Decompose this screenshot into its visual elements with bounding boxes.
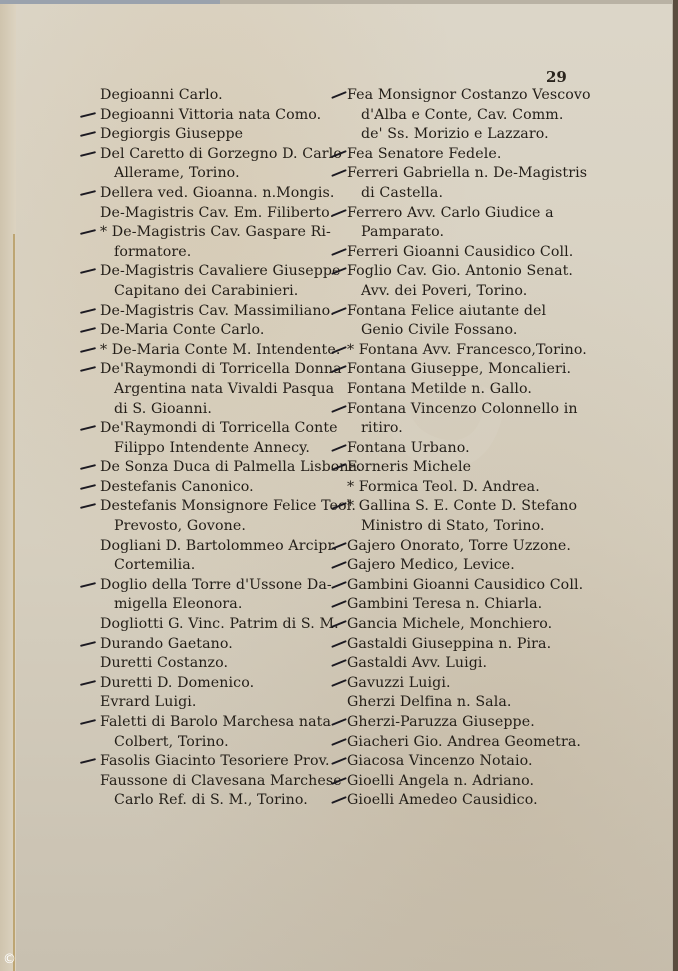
list-entry: * De-Maria Conte M. Intendente.	[100, 341, 340, 361]
entry-name: De-Maria Conte Carlo.	[100, 321, 340, 341]
list-entry: Duretti D. Domenico.	[100, 674, 340, 694]
list-entry: Fontana Giuseppe, Moncalieri.	[347, 360, 592, 380]
list-entry: * Gallina S. E. Conte D. StefanoMinistro…	[347, 497, 592, 536]
list-entry: Duretti Costanzo.	[100, 654, 340, 674]
entry-name: Fea Monsignor Costanzo Vescovo	[347, 86, 592, 106]
list-entry: Foglio Cav. Gio. Antonio Senat.Avv. dei …	[347, 262, 592, 301]
list-entry: Destefanis Monsignore Felice Teol.Prevos…	[100, 497, 340, 536]
entry-name: Gambini Teresa n. Chiarla.	[347, 595, 592, 615]
entry-name: De-Magistris Cav. Massimiliano.	[100, 302, 340, 322]
list-entry: Fontana Vincenzo Colonnello inritiro.	[347, 400, 592, 439]
list-entry: Gambini Teresa n. Chiarla.	[347, 595, 592, 615]
list-entry: De'Raymondi di Torricella DonnaArgentina…	[100, 360, 340, 419]
list-entry: Degioanni Vittoria nata Como.	[100, 106, 340, 126]
list-entry: * Formica Teol. D. Andrea.	[347, 478, 592, 498]
handwritten-tick-mark	[80, 641, 96, 647]
entry-continuation: Colbert, Torino.	[100, 733, 340, 753]
entry-continuation: d'Alba e Conte, Cav. Comm.	[347, 106, 592, 126]
handwritten-tick-mark	[80, 112, 96, 118]
entry-name: Destefanis Monsignore Felice Teol.	[100, 497, 340, 517]
list-entry: * Fontana Avv. Francesco,Torino.	[347, 341, 592, 361]
handwritten-tick-mark	[80, 504, 96, 510]
list-entry: Durando Gaetano.	[100, 635, 340, 655]
entry-continuation: Filippo Intendente Annecy.	[100, 439, 340, 459]
list-entry: Fea Monsignor Costanzo Vescovod'Alba e C…	[347, 86, 592, 145]
entry-name: Degiorgis Giuseppe	[100, 125, 340, 145]
entry-name: Doglio della Torre d'Ussone Da-	[100, 576, 340, 596]
handwritten-tick-mark	[80, 366, 96, 372]
handwritten-tick-mark	[80, 680, 96, 686]
page-number: 29	[546, 68, 567, 86]
entry-name: Foglio Cav. Gio. Antonio Senat.	[347, 262, 592, 282]
list-entry: Dellera ved. Gioanna. n.Mongis.	[100, 184, 340, 204]
list-entry: Ferreri Gioanni Causidico Coll.	[347, 243, 592, 263]
list-entry: Fontana Metilde n. Gallo.	[347, 380, 592, 400]
list-entry: Gherzi-Paruzza Giuseppe.	[347, 713, 592, 733]
entry-continuation: ritiro.	[347, 419, 592, 439]
entry-name: Gavuzzi Luigi.	[347, 674, 592, 694]
scanned-page: C 29 Degioanni Carlo.Degioanni Vittoria …	[0, 4, 672, 971]
entry-name: Dellera ved. Gioanna. n.Mongis.	[100, 184, 340, 204]
entry-name: Gioelli Amedeo Causidico.	[347, 791, 592, 811]
list-entry: Gastaldi Giuseppina n. Pira.	[347, 635, 592, 655]
entry-name: Dogliotti G. Vinc. Patrim di S. M.	[100, 615, 340, 635]
handwritten-tick-mark	[80, 758, 96, 764]
entry-continuation: Genio Civile Fossano.	[347, 321, 592, 341]
list-entry: Fea Senatore Fedele.	[347, 145, 592, 165]
entry-continuation: Cortemilia.	[100, 556, 340, 576]
page-edge-shadow	[673, 0, 678, 971]
entry-name: * De-Magistris Cav. Gaspare Ri-	[100, 223, 340, 243]
list-entry: De-Magistris Cav. Massimiliano.	[100, 302, 340, 322]
entry-name: Ferreri Gabriella n. De-Magistris	[347, 164, 592, 184]
list-entry: Gajero Onorato, Torre Uzzone.	[347, 537, 592, 557]
entry-name: Gancia Michele, Monchiero.	[347, 615, 592, 635]
list-entry: De-Magistris Cav. Em. Filiberto.	[100, 204, 340, 224]
list-entry: De-Magistris Cavaliere GiuseppeCapitano …	[100, 262, 340, 301]
entry-name: Ferreri Gioanni Causidico Coll.	[347, 243, 592, 263]
entry-name: * Gallina S. E. Conte D. Stefano	[347, 497, 592, 517]
list-entry: De Sonza Duca di Palmella Lisbona.	[100, 458, 340, 478]
entry-name: Ferrero Avv. Carlo Giudice a	[347, 204, 592, 224]
handwritten-tick-mark	[80, 425, 96, 431]
entry-name: Gioelli Angela n. Adriano.	[347, 772, 592, 792]
list-entry: Faussone di Clavesana MarcheseCarlo Ref.…	[100, 772, 340, 811]
entry-continuation: migella Eleonora.	[100, 595, 340, 615]
entry-name: Fontana Felice aiutante del	[347, 302, 592, 322]
list-entry: Fontana Urbano.	[347, 439, 592, 459]
entry-name: Gherzi-Paruzza Giuseppe.	[347, 713, 592, 733]
handwritten-tick-mark	[80, 308, 96, 314]
entry-name: Fontana Vincenzo Colonnello in	[347, 400, 592, 420]
list-entry: Ferreri Gabriella n. De-Magistrisdi Cast…	[347, 164, 592, 203]
entry-name: Gastaldi Giuseppina n. Pira.	[347, 635, 592, 655]
entry-name: De'Raymondi di Torricella Donna	[100, 360, 340, 380]
list-entry: Gherzi Delfina n. Sala.	[347, 693, 592, 713]
list-entry: De-Maria Conte Carlo.	[100, 321, 340, 341]
handwritten-tick-mark	[80, 582, 96, 588]
list-entry: Fasolis Giacinto Tesoriere Prov.	[100, 752, 340, 772]
entry-continuation: formatore.	[100, 243, 340, 263]
handwritten-tick-mark	[80, 464, 96, 470]
handwritten-tick-mark	[80, 151, 96, 157]
entry-name: Degioanni Carlo.	[100, 86, 340, 106]
list-entry: Evrard Luigi.	[100, 693, 340, 713]
entry-name: Duretti D. Domenico.	[100, 674, 340, 694]
entry-name: De Sonza Duca di Palmella Lisbona.	[100, 458, 340, 478]
list-entry: Degiorgis Giuseppe	[100, 125, 340, 145]
entry-continuation: de' Ss. Morizio e Lazzaro.	[347, 125, 592, 145]
entry-name: * Formica Teol. D. Andrea.	[347, 478, 592, 498]
handwritten-tick-mark	[80, 190, 96, 196]
list-entry: Gajero Medico, Levice.	[347, 556, 592, 576]
list-entry: Gavuzzi Luigi.	[347, 674, 592, 694]
list-entry: Forneris Michele	[347, 458, 592, 478]
entry-continuation: Carlo Ref. di S. M., Torino.	[100, 791, 340, 811]
entry-name: Durando Gaetano.	[100, 635, 340, 655]
list-entry: De'Raymondi di Torricella ConteFilippo I…	[100, 419, 340, 458]
list-entry: Fontana Felice aiutante delGenio Civile …	[347, 302, 592, 341]
handwritten-tick-mark	[80, 719, 96, 725]
list-entry: Gioelli Angela n. Adriano.	[347, 772, 592, 792]
handwritten-tick-mark	[80, 268, 96, 274]
entry-name: Evrard Luigi.	[100, 693, 340, 713]
list-entry: Giacosa Vincenzo Notaio.	[347, 752, 592, 772]
entry-name: Fontana Metilde n. Gallo.	[347, 380, 592, 400]
list-entry: Gioelli Amedeo Causidico.	[347, 791, 592, 811]
left-column-name-list: Degioanni Carlo.Degioanni Vittoria nata …	[100, 86, 340, 811]
entry-name: Gherzi Delfina n. Sala.	[347, 693, 592, 713]
entry-name: Destefanis Canonico.	[100, 478, 340, 498]
entry-continuation: Pamparato.	[347, 223, 592, 243]
list-entry: Del Caretto di Gorzegno D. CarloAllerame…	[100, 145, 340, 184]
entry-name: Gajero Medico, Levice.	[347, 556, 592, 576]
entry-name: Forneris Michele	[347, 458, 592, 478]
list-entry: Ferrero Avv. Carlo Giudice aPamparato.	[347, 204, 592, 243]
entry-name: De-Magistris Cavaliere Giuseppe	[100, 262, 340, 282]
list-entry: Doglio della Torre d'Ussone Da-migella E…	[100, 576, 340, 615]
entry-name: Degioanni Vittoria nata Como.	[100, 106, 340, 126]
handwritten-tick-mark	[80, 327, 96, 333]
list-entry: Gambini Gioanni Causidico Coll.	[347, 576, 592, 596]
entry-name: Faletti di Barolo Marchesa nata	[100, 713, 340, 733]
entry-continuation: Argentina nata Vivaldi Pasqua	[100, 380, 340, 400]
entry-name: * De-Maria Conte M. Intendente.	[100, 341, 340, 361]
entry-name: * Fontana Avv. Francesco,Torino.	[347, 341, 592, 361]
entry-name: Fasolis Giacinto Tesoriere Prov.	[100, 752, 340, 772]
entry-name: Fontana Urbano.	[347, 439, 592, 459]
list-entry: Dogliani D. Bartolommeo Arcipr.Cortemili…	[100, 537, 340, 576]
entry-name: Gajero Onorato, Torre Uzzone.	[347, 537, 592, 557]
handwritten-tick-mark	[80, 484, 96, 490]
entry-name: Faussone di Clavesana Marchese	[100, 772, 340, 792]
entry-name: Duretti Costanzo.	[100, 654, 340, 674]
list-entry: Dogliotti G. Vinc. Patrim di S. M.	[100, 615, 340, 635]
binding-thread	[13, 234, 15, 971]
entry-name: Gastaldi Avv. Luigi.	[347, 654, 592, 674]
entry-name: Fontana Giuseppe, Moncalieri.	[347, 360, 592, 380]
handwritten-tick-mark	[80, 131, 96, 137]
entry-continuation: Prevosto, Govone.	[100, 517, 340, 537]
handwritten-tick-mark	[80, 347, 96, 353]
entry-continuation: di Castella.	[347, 184, 592, 204]
list-entry: Gancia Michele, Monchiero.	[347, 615, 592, 635]
right-column-name-list: Fea Monsignor Costanzo Vescovod'Alba e C…	[347, 86, 592, 811]
list-entry: Degioanni Carlo.	[100, 86, 340, 106]
list-entry: Faletti di Barolo Marchesa nataColbert, …	[100, 713, 340, 752]
entry-name: Dogliani D. Bartolommeo Arcipr.	[100, 537, 340, 557]
entry-name: Giacheri Gio. Andrea Geometra.	[347, 733, 592, 753]
list-entry: Gastaldi Avv. Luigi.	[347, 654, 592, 674]
entry-name: De'Raymondi di Torricella Conte	[100, 419, 340, 439]
entry-continuation: Avv. dei Poveri, Torino.	[347, 282, 592, 302]
entry-name: Del Caretto di Gorzegno D. Carlo	[100, 145, 340, 165]
list-entry: * De-Magistris Cav. Gaspare Ri-formatore…	[100, 223, 340, 262]
list-entry: Destefanis Canonico.	[100, 478, 340, 498]
entry-name: Fea Senatore Fedele.	[347, 145, 592, 165]
entry-name: Gambini Gioanni Causidico Coll.	[347, 576, 592, 596]
entry-continuation: Allerame, Torino.	[100, 164, 340, 184]
copyright-icon: ©	[3, 952, 16, 967]
entry-continuation: Capitano dei Carabinieri.	[100, 282, 340, 302]
entry-continuation: Ministro di Stato, Torino.	[347, 517, 592, 537]
handwritten-tick-mark	[80, 229, 96, 235]
entry-continuation: di S. Gioanni.	[100, 400, 340, 420]
entry-name: Giacosa Vincenzo Notaio.	[347, 752, 592, 772]
entry-name: De-Magistris Cav. Em. Filiberto.	[100, 204, 340, 224]
list-entry: Giacheri Gio. Andrea Geometra.	[347, 733, 592, 753]
